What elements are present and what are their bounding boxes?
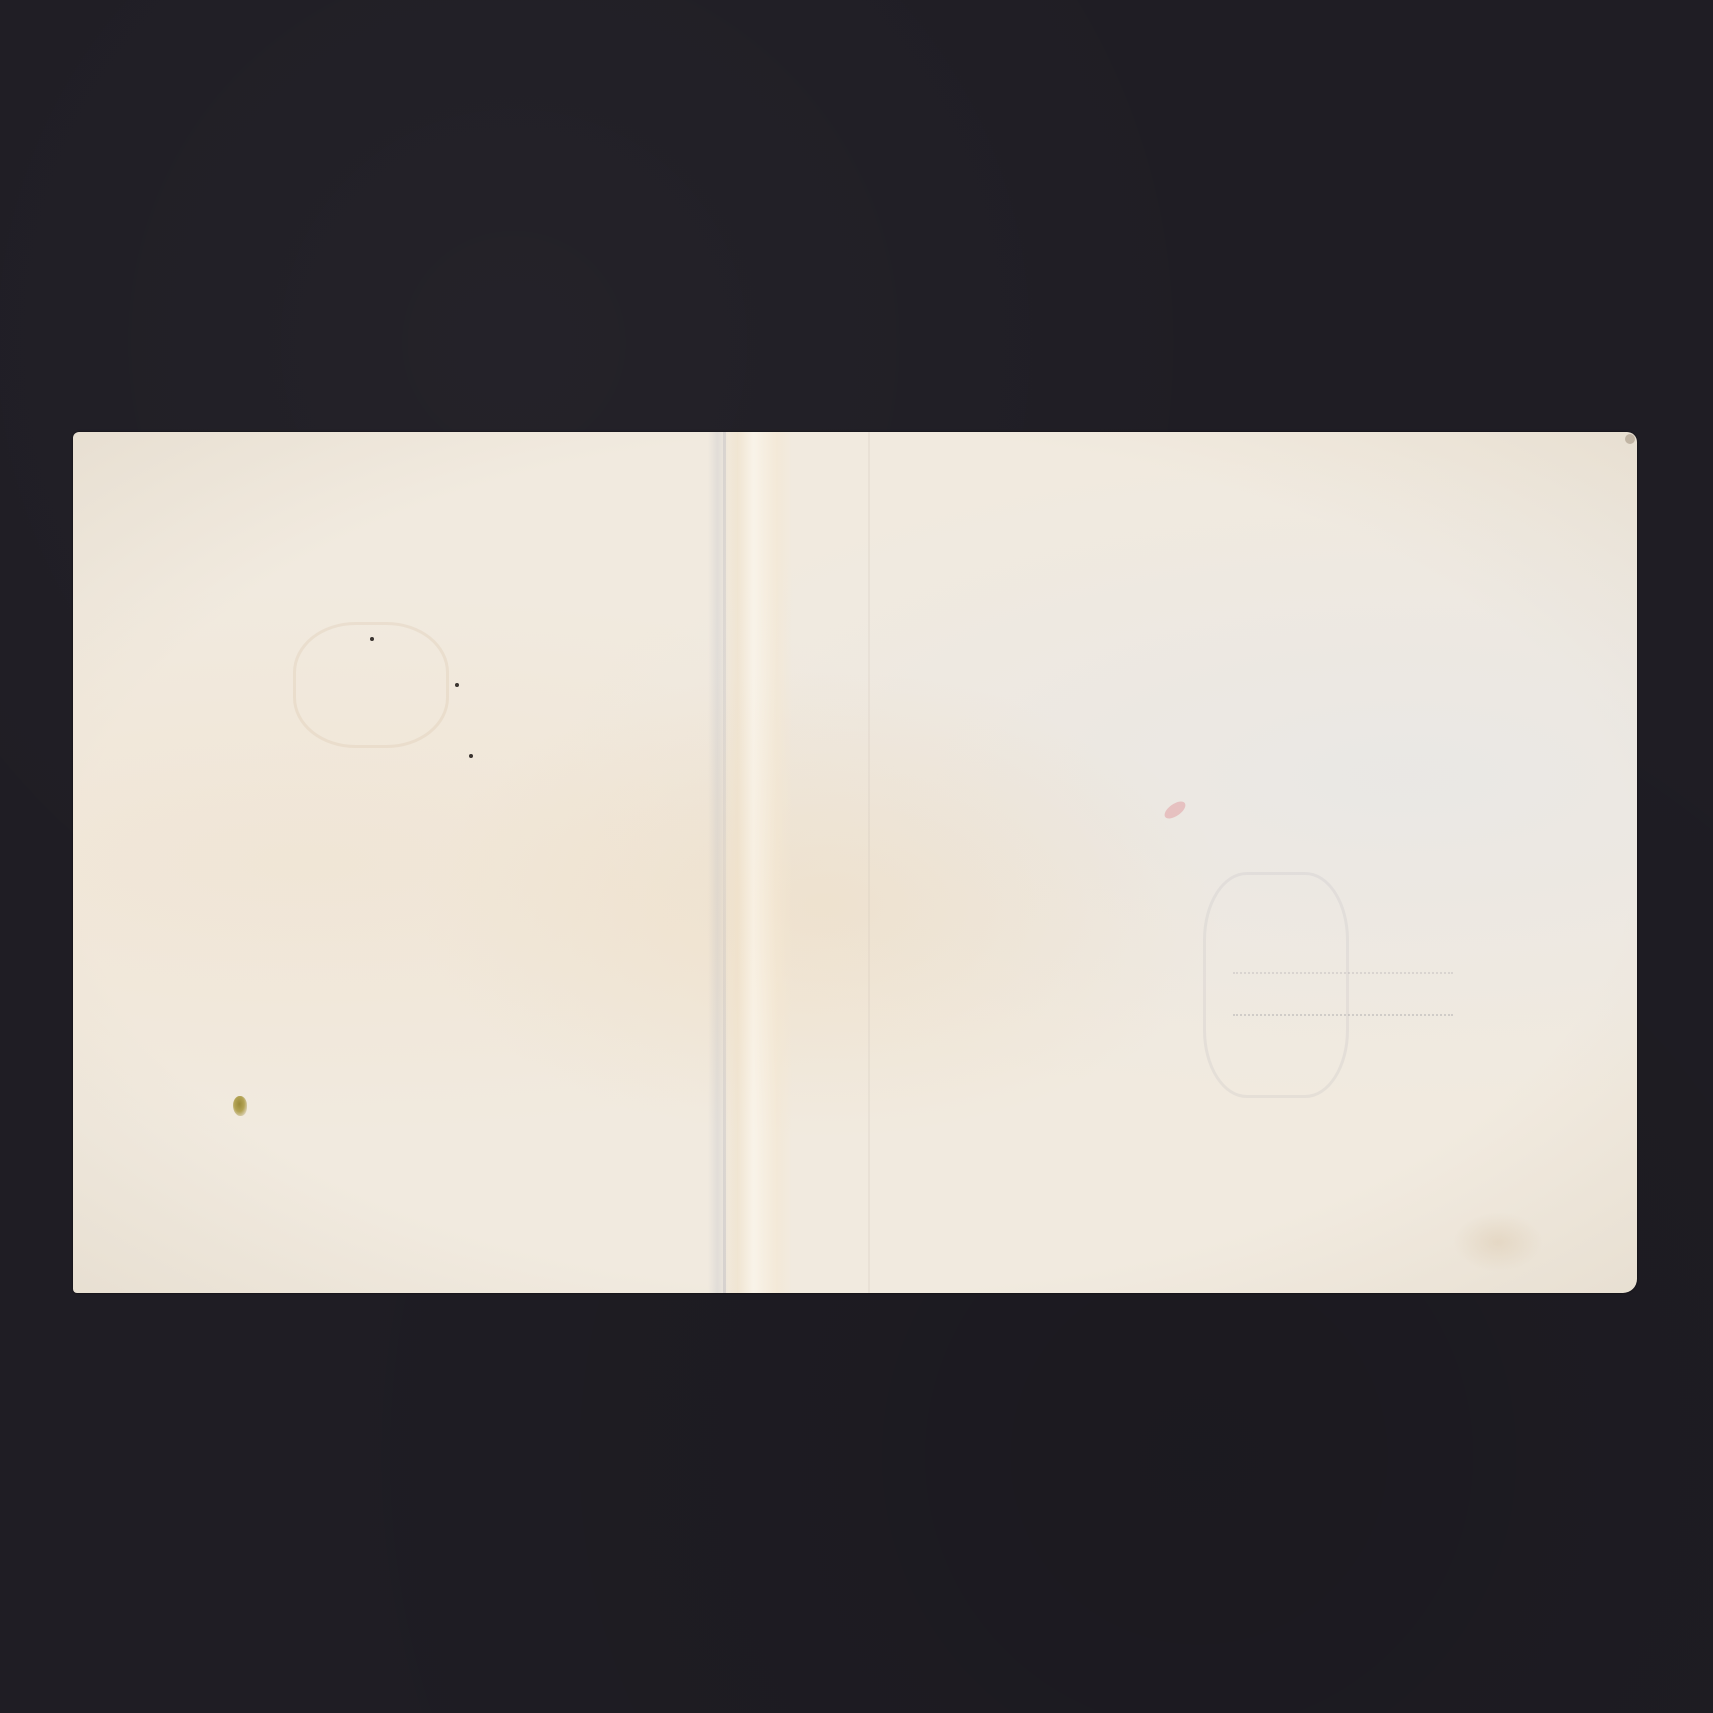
show-through-serial-number: [1233, 972, 1453, 1016]
corner-wear-mark: [1625, 434, 1635, 444]
toning-spot: [1453, 1212, 1543, 1272]
ink-speck: [370, 637, 374, 641]
secondary-fold-line: [868, 432, 870, 1293]
ink-speck: [469, 754, 473, 758]
dark-background: Reverse (blank back) of an old paper ban…: [0, 0, 1713, 1713]
vertical-fold-crease: [723, 432, 726, 1293]
red-ink-mark: [1162, 798, 1189, 822]
olive-stain: [233, 1096, 247, 1116]
banknote-reverse: [73, 432, 1637, 1293]
ink-speck: [455, 683, 459, 687]
